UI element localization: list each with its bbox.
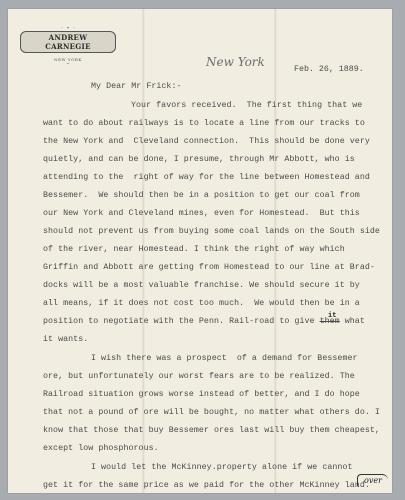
body-line-text: position to negotiate with the Penn. Rai…	[43, 317, 320, 326]
margin-note-over: over	[357, 474, 388, 487]
body-line: position to negotiate with the Penn. Rai…	[43, 317, 365, 326]
body-line: docks will be a most valuable franchise.…	[43, 281, 360, 290]
body-line: that not a pound of ore will be bought, …	[43, 408, 380, 417]
city-script: New York	[206, 55, 265, 69]
body-line: all means, if it does not cost too much.…	[43, 299, 360, 308]
body-line-text: what	[340, 317, 365, 326]
body-line: except low phosphorous.	[43, 444, 159, 453]
body-line: get it for the same price as we paid for…	[43, 481, 370, 490]
letter-date: Feb. 26, 1889.	[294, 65, 364, 74]
body-line: Railroad situation grows worse instead o…	[43, 390, 360, 399]
body-line: Griffin and Abbott are getting from Home…	[43, 263, 375, 272]
letterhead: · ✦ · ANDREW CARNEGIE NEW YORK ⌣	[20, 26, 116, 67]
letter-page: · ✦ · ANDREW CARNEGIE NEW YORK ⌣ New Yor…	[8, 9, 392, 493]
body-line: ore, but unfortunately our worst fears a…	[43, 372, 355, 381]
letterhead-name: ANDREW CARNEGIE	[20, 31, 116, 53]
ornament-icon: ⌣	[20, 62, 116, 67]
body-line: should not prevent us from buying some c…	[43, 227, 380, 236]
body-line: I wish there was a prospect of a demand …	[91, 354, 358, 363]
handwritten-correction: it	[328, 312, 336, 320]
body-line: know that those that buy Bessemer ores l…	[43, 426, 380, 435]
body-line: Bessemer. We should then be in a positio…	[43, 191, 360, 200]
body-line: it wants.	[43, 335, 88, 344]
salutation: My Dear Mr Frick:-	[91, 82, 182, 91]
body-line: our New York and Cleveland mines, even f…	[43, 209, 360, 218]
body-line: Your favors received. The first thing th…	[131, 101, 362, 110]
body-line: the New York and Cleveland connection. T…	[43, 137, 370, 146]
body-line: want to do about railways is to locate a…	[43, 119, 365, 128]
body-line: I would let the McKinney.property alone …	[91, 463, 353, 472]
body-line: of the river, near Homestead. I think th…	[43, 245, 345, 254]
body-line: attending to the right of way for the li…	[43, 173, 370, 182]
body-line: quietly, and can be done, I presume, thr…	[43, 155, 355, 164]
